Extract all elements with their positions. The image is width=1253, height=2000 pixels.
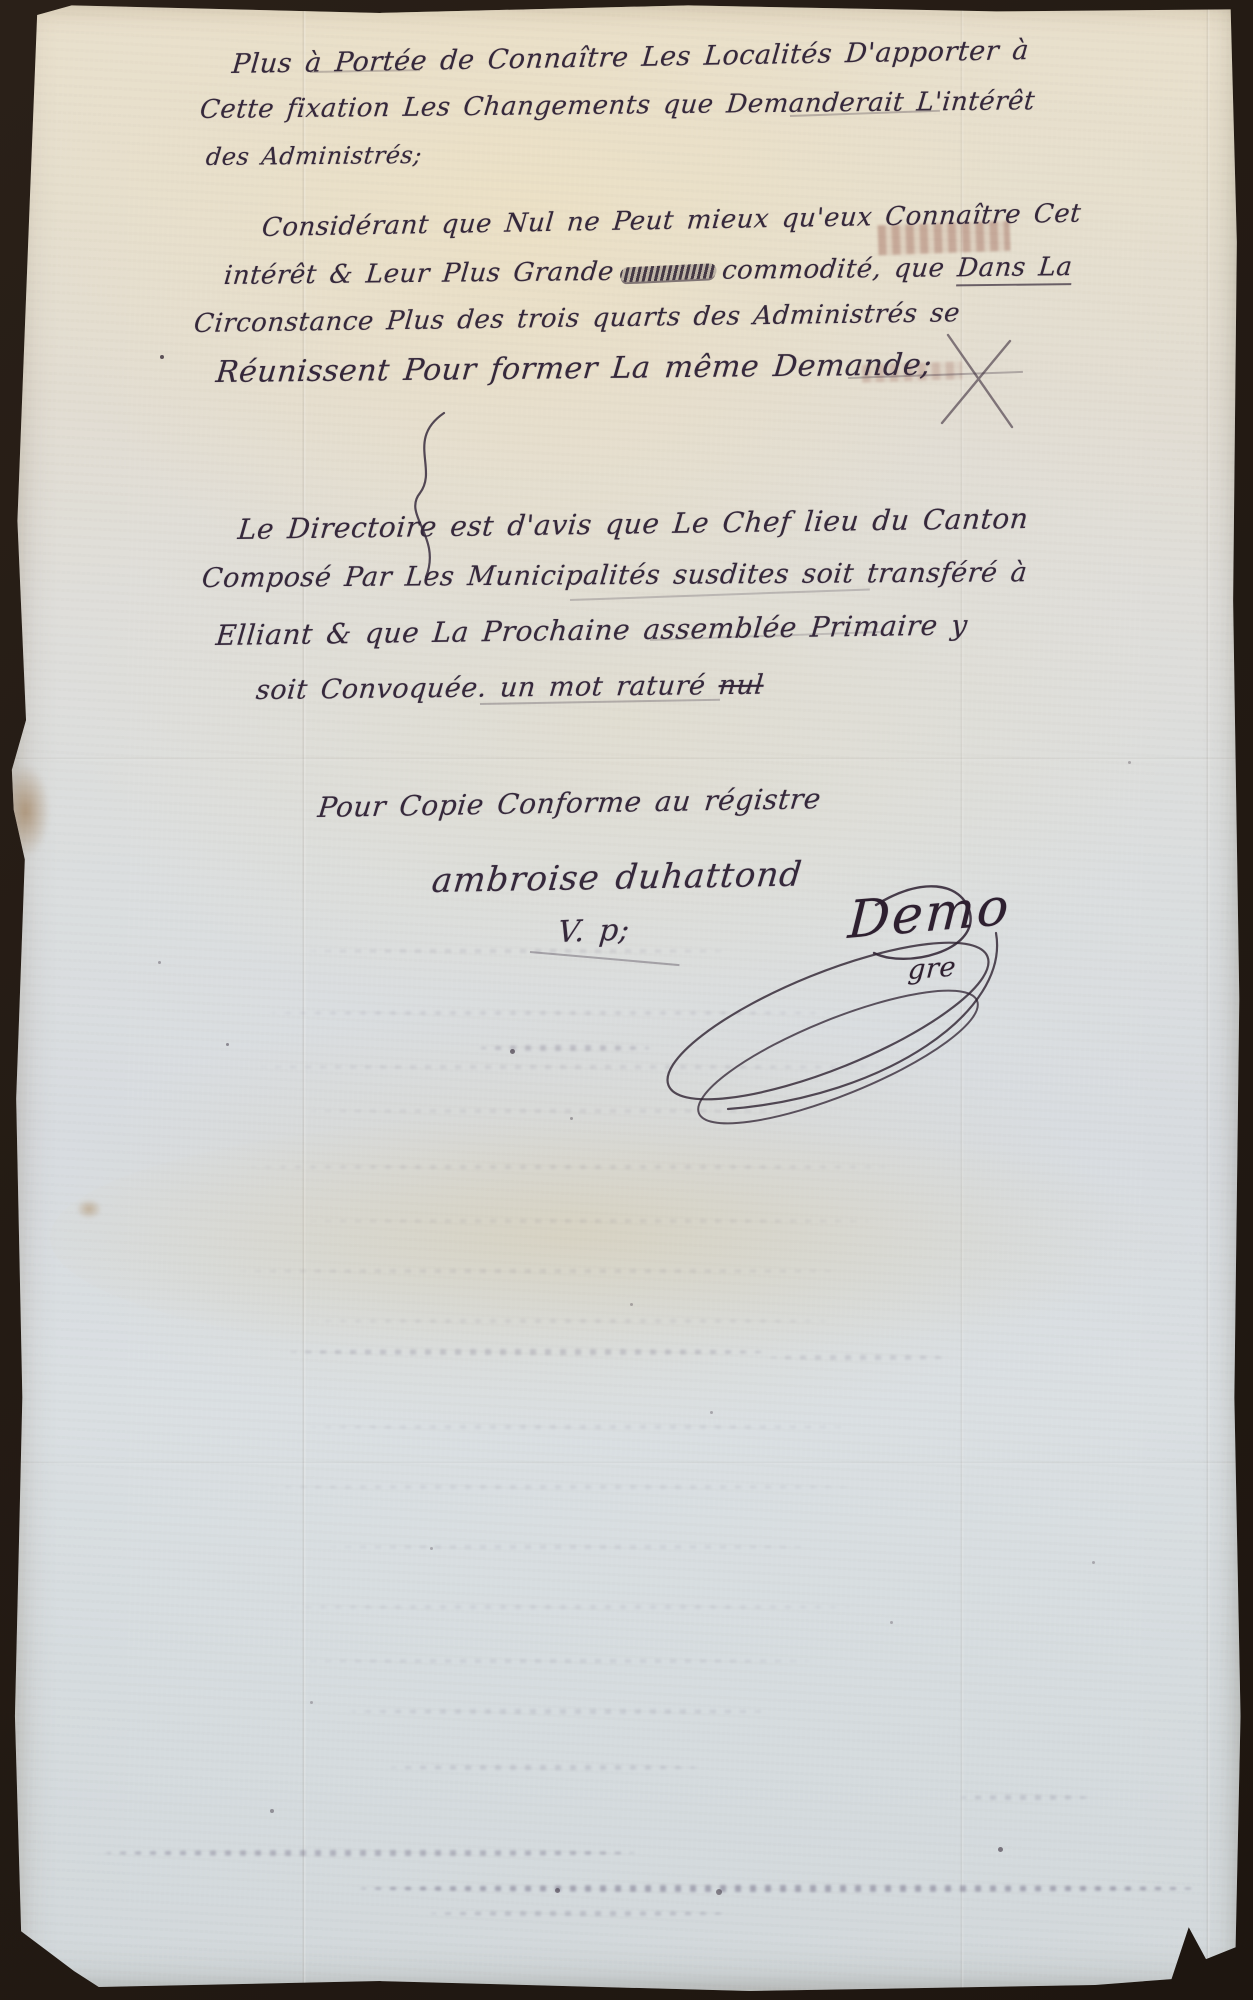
edge-stain <box>2 765 50 857</box>
ink-speck <box>310 1701 313 1704</box>
manuscript-text: intérêt & Leur Plus Grande <box>223 257 616 291</box>
manuscript-line: Réunissent Pour former La même Demande; <box>214 348 933 390</box>
ink-speck <box>160 355 164 359</box>
bleed-through-mark <box>310 1319 830 1323</box>
manuscript-line: Circonstance Plus des trois quarts des A… <box>193 298 962 339</box>
ink-speck <box>226 1043 229 1046</box>
bleed-through-mark <box>310 1425 850 1429</box>
bleed-through-mark <box>270 1011 830 1015</box>
bleed-through-mark <box>390 1765 700 1770</box>
bleed-through-mark <box>250 1165 890 1169</box>
ink-speck <box>270 1809 274 1813</box>
manuscript-line: Composé Par Les Municipalités susdites s… <box>200 557 1028 594</box>
horizontal-fold-crease <box>10 757 1243 761</box>
ink-speck <box>716 1889 722 1895</box>
bleed-through-mark <box>310 1109 810 1113</box>
ink-speck <box>1092 1561 1095 1564</box>
manuscript-line: des Administrés; <box>205 141 424 171</box>
bleed-through-mark <box>960 1795 1090 1800</box>
struck-word: nul <box>717 670 765 701</box>
bleed-through-mark <box>310 1219 870 1223</box>
bleed-through-mark <box>270 1485 850 1489</box>
ink-speck <box>158 961 161 964</box>
underlined-text: Dans La <box>956 252 1074 286</box>
ink-speck <box>1128 761 1131 764</box>
vertical-fold-crease <box>302 3 306 1995</box>
certification-line: Pour Copie Conforme au régistre <box>316 782 822 824</box>
ink-scribble-strikeout <box>619 263 716 282</box>
manuscript-text: commodité, que <box>721 253 946 285</box>
vertical-fold-crease <box>1206 3 1210 1995</box>
photograph-background: Plus à Portée de Connaître Les Localités… <box>0 0 1253 2000</box>
bleed-through-mark <box>310 1659 810 1663</box>
bleed-through-mark <box>310 949 730 953</box>
bleed-through-mark <box>360 1885 1200 1892</box>
manuscript-line: Plus à Portée de Connaître Les Localités… <box>231 35 1031 80</box>
rust-spot <box>76 1199 102 1219</box>
ink-cross-mark <box>930 327 1025 435</box>
signature-paraph-flourish <box>576 871 1056 1126</box>
bleed-through-mark <box>350 1709 770 1714</box>
manuscript-page: Plus à Portée de Connaître Les Localités… <box>10 3 1243 1995</box>
bleed-through-mark <box>770 1355 950 1360</box>
bleed-through-mark <box>430 1911 730 1916</box>
ink-speck <box>430 1547 433 1550</box>
horizontal-fold-crease <box>10 1461 1243 1465</box>
ink-speck <box>890 1621 893 1624</box>
bleed-through-mark <box>290 1605 850 1609</box>
bleed-through-mark <box>290 1349 770 1355</box>
bleed-through-mark <box>105 1850 635 1856</box>
bleed-through-mark <box>260 1065 880 1069</box>
ink-speck <box>630 1303 633 1306</box>
ink-speck <box>570 1117 573 1120</box>
manuscript-line: intérêt & Leur Plus Grandecommodité, que… <box>223 252 1074 291</box>
aging-stain-band <box>50 1113 1200 1363</box>
manuscript-line: Le Directoire est d'avis que Le Chef lie… <box>236 502 1029 546</box>
ink-speck <box>710 1411 713 1414</box>
bleed-through-mark <box>240 1269 840 1273</box>
bleed-through-mark <box>480 1045 650 1051</box>
ink-speck <box>555 1888 560 1893</box>
manuscript-line: Cette fixation Les Changements que Deman… <box>199 86 1037 125</box>
manuscript-line: Elliant & que La Prochaine assemblée Pri… <box>214 609 969 652</box>
bleed-through-mark <box>330 1545 810 1549</box>
ink-flourish <box>396 409 456 581</box>
ink-speck <box>998 1847 1003 1852</box>
ink-speck <box>510 1049 515 1054</box>
